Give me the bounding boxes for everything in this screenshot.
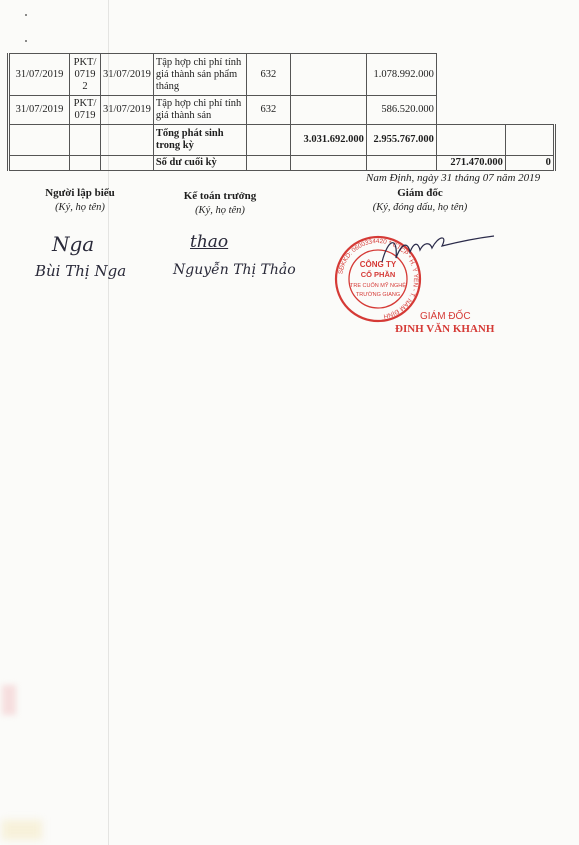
voucher-date: 31/07/2019 <box>101 96 154 125</box>
paper-stain <box>2 685 16 715</box>
director-title: Giám đốc <box>355 187 485 199</box>
total-debit: 3.031.692.000 <box>290 125 366 156</box>
voucher-number: PKT/ 0719 2 <box>70 54 101 96</box>
entry-date: 31/07/2019 <box>9 54 70 96</box>
description: Tập hợp chi phí tính giá thành sản <box>153 96 246 125</box>
chief-accountant-signature: thao <box>190 232 228 252</box>
director-name: ĐINH VĂN KHANH <box>395 323 494 335</box>
stamp-role: GIÁM ĐỐC <box>420 311 471 322</box>
stamp-line3: TRE CUỐN MỸ NGHỆ <box>350 281 406 289</box>
preparer-signature: Nga <box>52 232 94 256</box>
total-row: Tổng phát sinh trong kỳ 3.031.692.000 2.… <box>9 125 555 156</box>
speck <box>25 40 27 42</box>
preparer-name-handwritten: Bùi Thị Nga <box>35 262 126 280</box>
total-credit: 2.955.767.000 <box>366 125 436 156</box>
chief-accountant-block: Kế toán trưởng (Ký, họ tên) <box>165 190 275 216</box>
debit-amount <box>290 54 366 96</box>
director-block: Giám đốc (Ký, đóng dấu, họ tên) <box>355 187 485 213</box>
chief-accountant-name-handwritten: Nguyễn Thị Thảo <box>173 262 296 278</box>
voucher-date: 31/07/2019 <box>101 54 154 96</box>
entry-date: 31/07/2019 <box>9 96 70 125</box>
credit-amount: 586.520.000 <box>366 96 436 125</box>
description: Tập hợp chi phí tính giá thành sản phẩm … <box>153 54 246 96</box>
closing-credit: 0 <box>505 156 554 171</box>
paper-stain <box>2 820 42 840</box>
preparer-block: Người lập biểu (Ký, họ tên) <box>20 187 140 213</box>
total-label: Tổng phát sinh trong kỳ <box>153 125 246 156</box>
stamp-line4: TRƯỜNG GIANG <box>356 291 400 298</box>
speck <box>25 14 27 16</box>
contra-account: 632 <box>246 96 290 125</box>
table-row: 31/07/2019 PKT/ 0719 31/07/2019 Tập hợp … <box>9 96 555 125</box>
closing-label: Số dư cuối kỳ <box>153 156 246 171</box>
director-signature <box>378 228 498 268</box>
debit-amount <box>290 96 366 125</box>
ledger-table: 31/07/2019 PKT/ 0719 2 31/07/2019 Tập hợ… <box>7 53 556 171</box>
chief-accountant-note: (Ký, họ tên) <box>165 205 275 216</box>
closing-debit: 271.470.000 <box>436 156 505 171</box>
contra-account: 632 <box>246 54 290 96</box>
preparer-title: Người lập biểu <box>20 187 140 199</box>
place-date: Nam Định, ngày 31 tháng 07 năm 2019 <box>366 172 540 184</box>
director-note: (Ký, đóng dấu, họ tên) <box>355 202 485 213</box>
stamp-line2: CỔ PHẦN <box>361 269 396 279</box>
voucher-number: PKT/ 0719 <box>70 96 101 125</box>
preparer-note: (Ký, họ tên) <box>20 202 140 213</box>
chief-accountant-title: Kế toán trưởng <box>165 190 275 202</box>
closing-balance-row: Số dư cuối kỳ 271.470.000 0 <box>9 156 555 171</box>
credit-amount: 1.078.992.000 <box>366 54 436 96</box>
table-row: 31/07/2019 PKT/ 0719 2 31/07/2019 Tập hợ… <box>9 54 555 96</box>
